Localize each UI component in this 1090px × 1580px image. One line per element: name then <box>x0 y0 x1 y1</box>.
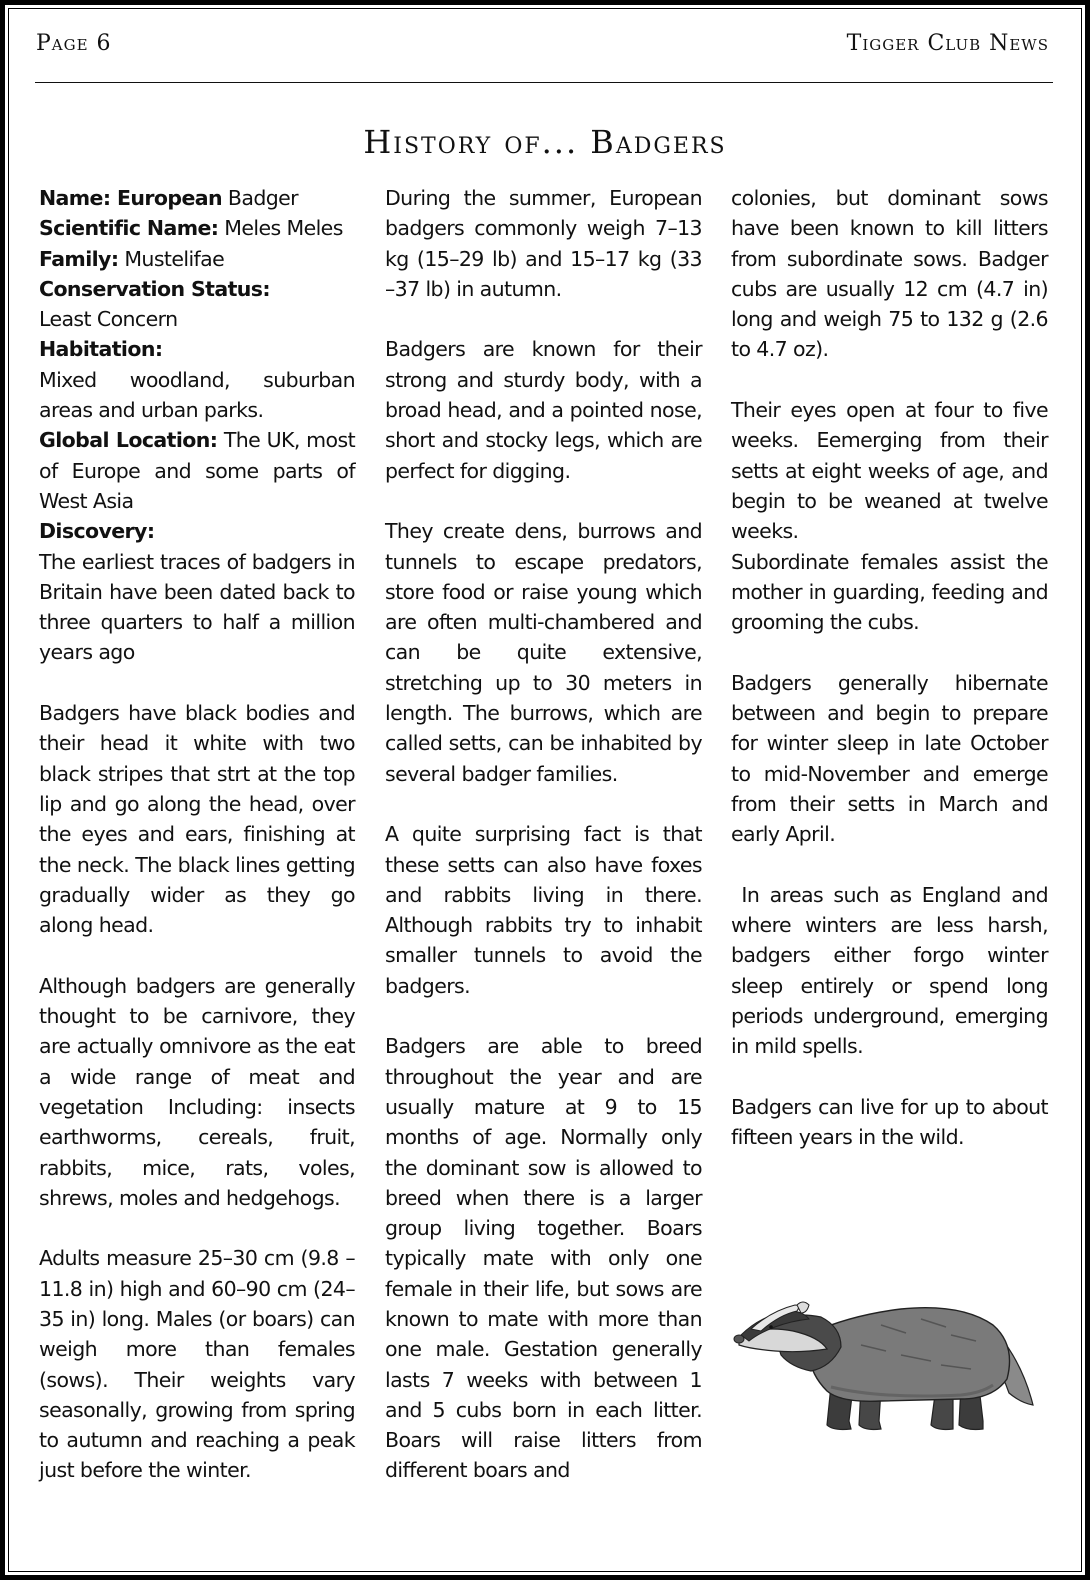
column-2: During the summer, European badgers comm… <box>385 183 702 1516</box>
paragraph-cohabitants: A quite surprising fact is that these se… <box>385 819 702 1001</box>
fact-conservation-status: Conservation Status: Least Concern <box>39 274 355 335</box>
fact-label: Scientific Name: <box>39 216 218 240</box>
fact-value: The earliest traces of badgers in Britai… <box>39 547 355 668</box>
fact-label: Conservation Status: <box>39 274 355 304</box>
newsletter-page: Page 6 Tigger Club News History of... Ba… <box>0 0 1090 1580</box>
fact-discovery: Discovery: The earliest traces of badger… <box>39 516 355 667</box>
badger-illustration <box>731 1275 1041 1435</box>
article-title: History of... Badgers <box>5 123 1085 161</box>
fact-label: Name: <box>39 186 110 210</box>
paragraph-diet: Although badgers are generally thought t… <box>39 971 355 1213</box>
fact-family: Family: Mustelifae <box>39 244 355 274</box>
fact-name: Name: European Badger <box>39 183 355 213</box>
fact-scientific-name: Scientific Name: Meles Meles <box>39 213 355 243</box>
fact-label: Family: <box>39 247 118 271</box>
fact-label: Global Location: <box>39 428 217 452</box>
fact-global-location: Global Location: The UK, most of Europe … <box>39 425 355 516</box>
fact-habitation: Habitation: Mixed woodland, suburban are… <box>39 334 355 425</box>
column-3: colonies, but dominant sows have been kn… <box>731 183 1048 1183</box>
badger-icon <box>731 1275 1041 1435</box>
fact-value: Meles Meles <box>224 216 343 240</box>
paragraph-hibernation: Badgers generally hibernate between and … <box>731 668 1048 850</box>
fact-value: Mixed woodland, suburban areas and urban… <box>39 365 355 426</box>
paragraph-subordinate-females: Subordinate females assist the mother in… <box>731 547 1048 638</box>
fact-label: Discovery: <box>39 516 355 546</box>
paragraph-lifespan: Badgers can live for up to about fifteen… <box>731 1092 1048 1153</box>
fact-value: Least Concern <box>39 304 355 334</box>
page-number: Page 6 <box>36 31 112 56</box>
fact-value: Mustelifae <box>124 247 224 271</box>
publication-name: Tigger Club News <box>847 31 1049 56</box>
paragraph-size: Adults measure 25–30 cm (9.8 –11.8 in) h… <box>39 1243 355 1485</box>
paragraph-setts: They create dens, burrows and tunnels to… <box>385 516 702 789</box>
paragraph-development: Their eyes open at four to five weeks. E… <box>731 395 1048 546</box>
fact-label: Habitation: <box>39 334 355 364</box>
paragraph-body: Badgers are known for their strong and s… <box>385 334 702 485</box>
paragraph-breeding: Badgers are able to breed throughout the… <box>385 1031 702 1485</box>
paragraph-cubs: colonies, but dominant sows have been kn… <box>731 183 1048 365</box>
fact-value-bold: European <box>110 186 222 210</box>
column-1: Name: European Badger Scientific Name: M… <box>39 183 355 1516</box>
fact-value: Badger <box>222 186 298 210</box>
header-divider <box>35 82 1053 83</box>
paragraph-appearance: Badgers have black bodies and their head… <box>39 698 355 940</box>
paragraph-weight: During the summer, European badgers comm… <box>385 183 702 304</box>
paragraph-mild-winters: In areas such as England and where winte… <box>731 880 1048 1062</box>
